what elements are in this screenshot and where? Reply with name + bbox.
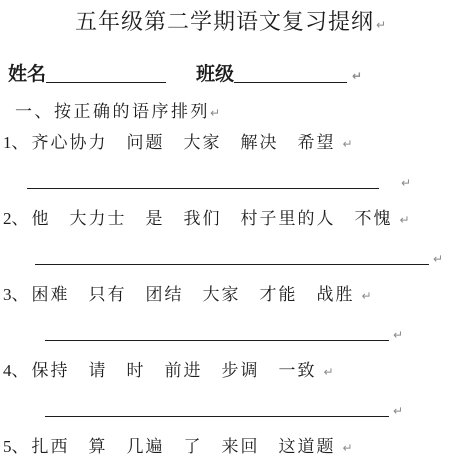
- question-word: 这道题: [279, 437, 336, 455]
- question-word: 战胜: [317, 285, 355, 304]
- answer-line-row: ↵: [3, 340, 462, 341]
- answer-blank-field[interactable]: [35, 264, 429, 265]
- answer-line-row: ↵: [3, 188, 462, 189]
- question-number: 3、: [3, 285, 29, 304]
- question-block: 1、齐心协力问题大家解决希望↵↵: [3, 132, 462, 189]
- answer-blank-field[interactable]: [45, 340, 389, 341]
- question-line: 5、扎西算几遍了来回这道题↵: [3, 436, 462, 455]
- question-number: 5、: [3, 437, 29, 455]
- name-blank-field[interactable]: [46, 63, 166, 83]
- question-number: 1、: [3, 133, 29, 152]
- section-heading-row: 一、按正确的语序排列↵: [15, 101, 462, 124]
- answer-line-row: ↵: [3, 264, 462, 265]
- paragraph-mark-icon: ↵: [393, 408, 403, 414]
- question-word: 了: [184, 437, 203, 455]
- answer-line-row: ↵: [3, 416, 462, 417]
- question-number: 2、: [3, 209, 29, 228]
- name-label: 姓名: [8, 64, 46, 85]
- question-word: 村子里的人: [241, 209, 336, 228]
- class-label: 班级: [196, 64, 234, 85]
- question-word: 时: [127, 361, 146, 380]
- question-word: 是: [146, 209, 165, 228]
- question-word: 扎西: [32, 437, 70, 455]
- question-line: 3、困难只有团结大家才能战胜↵: [3, 284, 462, 307]
- paragraph-mark-icon: ↵: [433, 256, 443, 262]
- paragraph-mark-icon: ↵: [352, 69, 362, 83]
- question-block: 5、扎西算几遍了来回这道题↵: [3, 436, 462, 455]
- page-title: 五年级第二学期语文复习提纲: [75, 9, 374, 34]
- answer-blank-field[interactable]: [45, 416, 389, 417]
- question-line: 4、保持请时前进步调一致↵: [3, 360, 462, 383]
- paragraph-mark-icon: ↵: [343, 441, 353, 455]
- question-word: 问题: [127, 133, 165, 152]
- question-line: 1、齐心协力问题大家解决希望↵: [3, 132, 462, 155]
- paragraph-mark-icon: ↵: [210, 106, 223, 120]
- question-line: 2、他大力士是我们村子里的人不愧↵: [3, 208, 462, 231]
- question-word: 困难: [32, 285, 70, 304]
- paragraph-mark-icon: ↵: [400, 213, 410, 227]
- paragraph-mark-icon: ↵: [393, 332, 403, 338]
- question-number: 4、: [3, 361, 29, 380]
- question-block: 3、困难只有团结大家才能战胜↵↵: [3, 284, 462, 341]
- question-block: 2、他大力士是我们村子里的人不愧↵↵: [3, 208, 462, 265]
- question-word: 希望: [298, 133, 336, 152]
- question-word: 解决: [241, 133, 279, 152]
- question-block: 4、保持请时前进步调一致↵↵: [3, 360, 462, 417]
- page-title-row: 五年级第二学期语文复习提纲↵: [0, 0, 462, 38]
- question-word: 前进: [165, 361, 203, 380]
- paragraph-mark-icon: ↵: [376, 18, 387, 32]
- paragraph-mark-icon: ↵: [362, 289, 372, 303]
- question-word: 步调: [222, 361, 260, 380]
- question-word: 几遍: [127, 437, 165, 455]
- question-word: 来回: [222, 437, 260, 455]
- question-word: 大家: [203, 285, 241, 304]
- question-word: 不愧: [355, 209, 393, 228]
- question-word: 只有: [89, 285, 127, 304]
- question-word: 他: [32, 209, 51, 228]
- question-word: 保持: [32, 361, 70, 380]
- paragraph-mark-icon: ↵: [401, 180, 411, 186]
- paragraph-mark-icon: ↵: [343, 137, 353, 151]
- answer-blank-field[interactable]: [27, 188, 379, 189]
- question-word: 我们: [184, 209, 222, 228]
- class-blank-field[interactable]: [234, 63, 347, 83]
- question-word: 请: [89, 361, 108, 380]
- worksheet-page: 五年级第二学期语文复习提纲↵ 姓名班级↵ 一、按正确的语序排列↵ 1、齐心协力问…: [0, 0, 462, 455]
- question-word: 一致: [279, 361, 317, 380]
- question-word: 大力士: [70, 209, 127, 228]
- questions: 1、齐心协力问题大家解决希望↵↵2、他大力士是我们村子里的人不愧↵↵3、困难只有…: [3, 132, 462, 455]
- section-heading: 一、按正确的语序排列: [15, 102, 210, 121]
- paragraph-mark-icon: ↵: [324, 365, 334, 379]
- question-word: 齐心协力: [32, 133, 108, 152]
- question-word: 大家: [184, 133, 222, 152]
- name-class-row: 姓名班级↵: [8, 60, 462, 89]
- question-word: 团结: [146, 285, 184, 304]
- question-word: 才能: [260, 285, 298, 304]
- question-word: 算: [89, 437, 108, 455]
